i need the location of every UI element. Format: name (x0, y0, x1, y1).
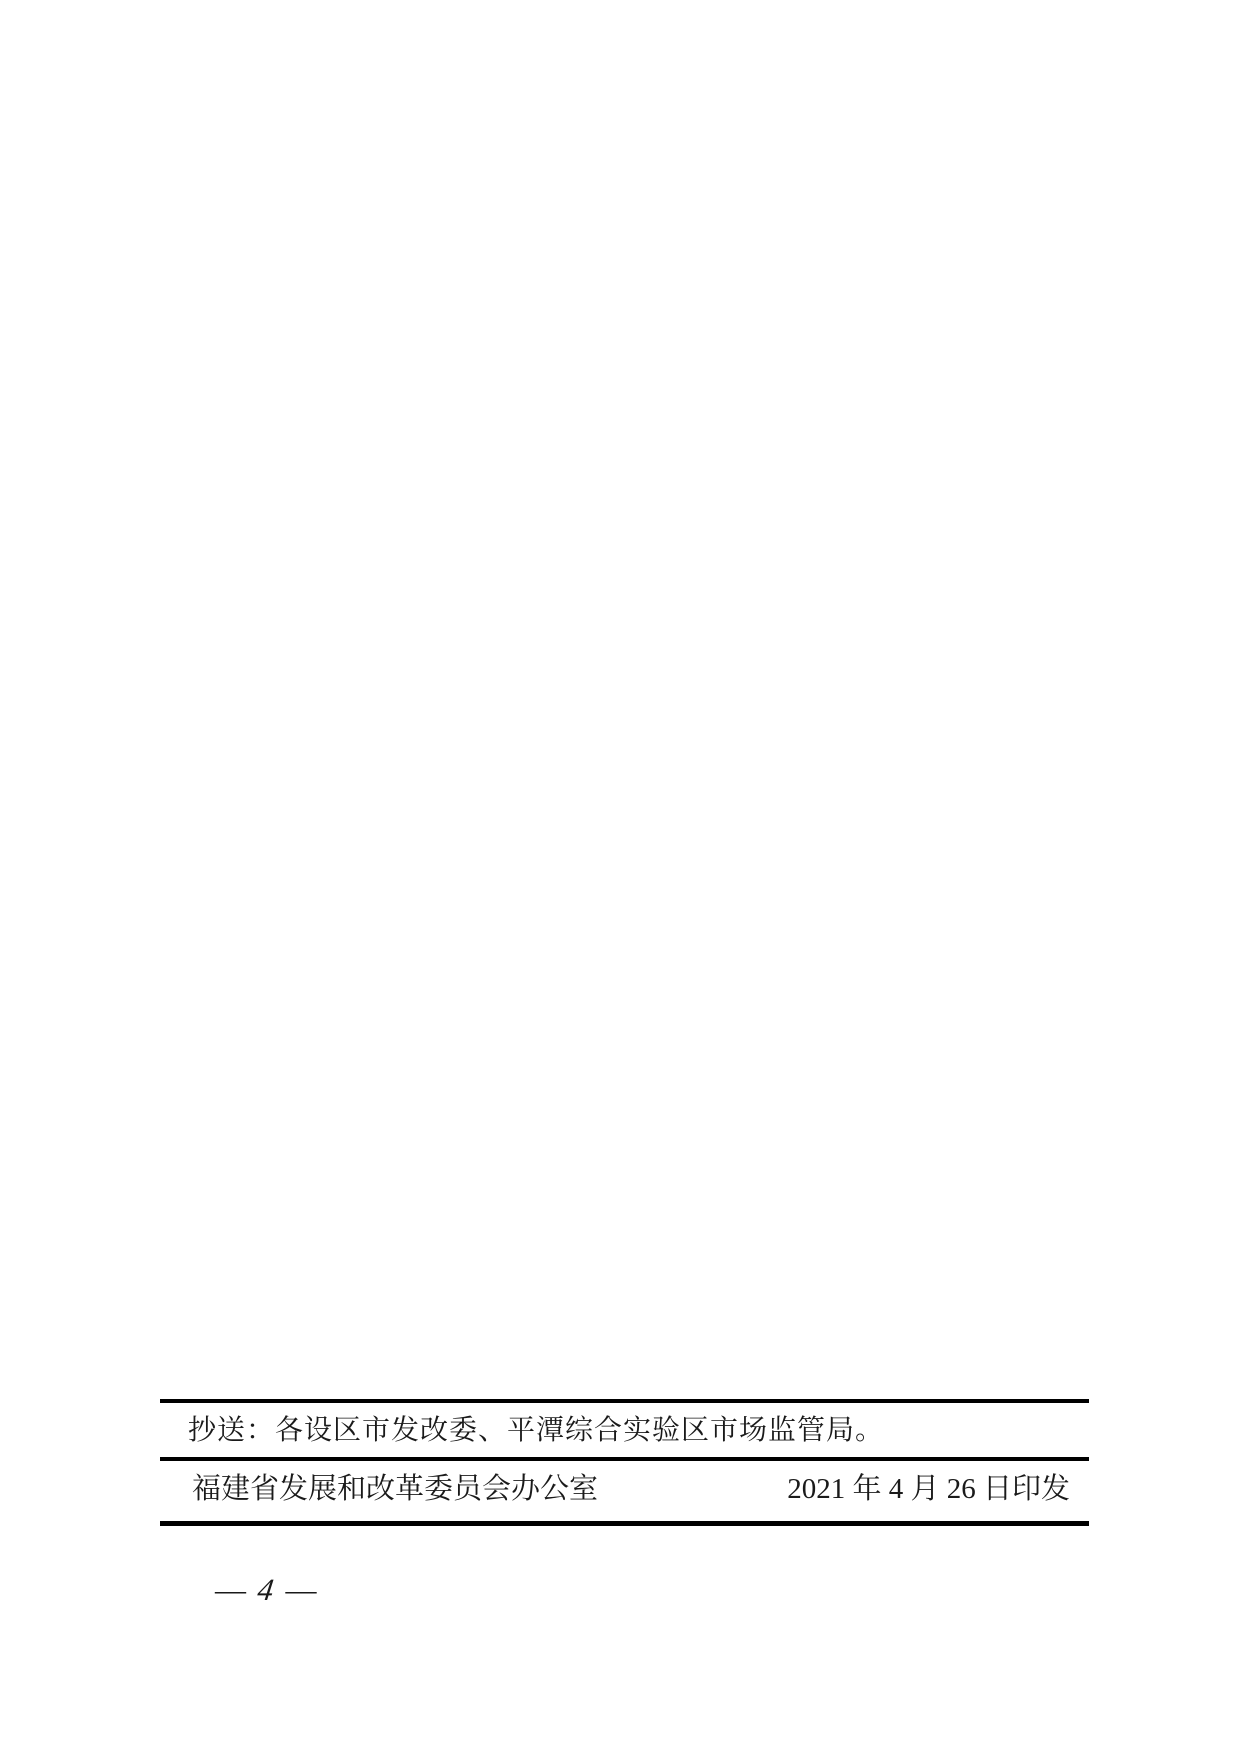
page-number-left-dash: — (215, 1574, 246, 1605)
footer-top-rule (160, 1399, 1089, 1403)
page-number-value: 4 (256, 1574, 276, 1605)
colophon-row: 福建省发展和改革委员会办公室 2021 年 4 月 26 日印发 (192, 1474, 1070, 1506)
footer-bottom-rule (160, 1521, 1089, 1526)
page-number-right-dash: — (286, 1574, 317, 1605)
document-page: 抄送：各设区市发改委、平潭综合实验区市场监管局。 福建省发展和改革委员会办公室 … (0, 0, 1241, 1755)
print-date: 2021 年 4 月 26 日印发 (787, 1474, 1070, 1506)
page-number: — 4 — (215, 1574, 317, 1605)
issuing-office: 福建省发展和改革委员会办公室 (192, 1474, 598, 1506)
footer-middle-rule (160, 1457, 1089, 1461)
cc-line: 抄送：各设区市发改委、平潭综合实验区市场监管局。 (188, 1416, 884, 1447)
